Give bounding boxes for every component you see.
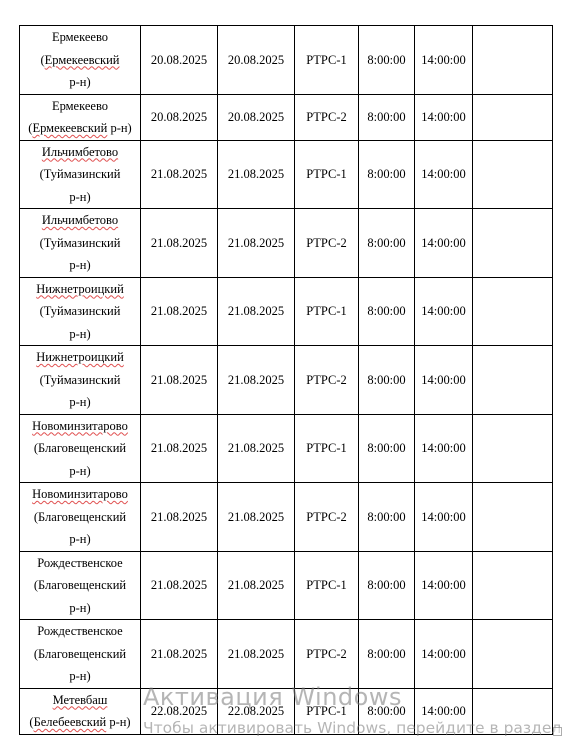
note-cell xyxy=(473,346,553,415)
time-start-cell: 8:00:00 xyxy=(359,26,415,95)
place-name: Новоминзитарово xyxy=(21,415,139,438)
end-date-cell: 21.08.2025 xyxy=(218,277,295,346)
start-date-cell: 21.08.2025 xyxy=(141,140,218,209)
start-date-cell: 21.08.2025 xyxy=(141,551,218,620)
place-name: Ильчимбетово xyxy=(21,209,139,232)
time-end-cell: 14:00:00 xyxy=(415,94,473,140)
time-end-cell: 14:00:00 xyxy=(415,688,473,734)
time-end-cell: 14:00:00 xyxy=(415,346,473,415)
district-name: (Ермекеевский р-н) xyxy=(21,117,139,140)
time-end-cell: 14:00:00 xyxy=(415,140,473,209)
note-cell xyxy=(473,140,553,209)
note-cell xyxy=(473,620,553,689)
district-suffix: р-н) xyxy=(21,460,139,483)
location-cell: Новоминзитарово(Благовещенскийр-н) xyxy=(20,483,141,552)
table-row: Новоминзитарово(Благовещенскийр-н)21.08.… xyxy=(20,414,553,483)
district-name: (Благовещенский xyxy=(21,574,139,597)
table-row: Ермекеево(Ермекеевский р-н)20.08.202520.… xyxy=(20,94,553,140)
table-row: Рождественское(Благовещенскийр-н)21.08.2… xyxy=(20,620,553,689)
time-end-cell: 14:00:00 xyxy=(415,483,473,552)
table-row: Новоминзитарово(Благовещенскийр-н)21.08.… xyxy=(20,483,553,552)
district-name: (Белебеевский р-н) xyxy=(21,711,139,734)
time-end-cell: 14:00:00 xyxy=(415,209,473,278)
start-date-cell: 20.08.2025 xyxy=(141,94,218,140)
note-cell xyxy=(473,483,553,552)
note-cell xyxy=(473,277,553,346)
page-corner-icon xyxy=(553,727,562,736)
district-suffix: р-н) xyxy=(21,254,139,277)
district-suffix: р-н) xyxy=(21,323,139,346)
time-start-cell: 8:00:00 xyxy=(359,688,415,734)
service-cell: РТРС-2 xyxy=(295,620,359,689)
end-date-cell: 21.08.2025 xyxy=(218,551,295,620)
start-date-cell: 22.08.2025 xyxy=(141,688,218,734)
location-cell: Нижнетроицкий(Туймазинскийр-н) xyxy=(20,277,141,346)
note-cell xyxy=(473,94,553,140)
time-start-cell: 8:00:00 xyxy=(359,277,415,346)
district-name: (Благовещенский xyxy=(21,506,139,529)
location-cell: Ермекеево(Ермекеевскийр-н) xyxy=(20,26,141,95)
location-cell: Ильчимбетово(Туймазинскийр-н) xyxy=(20,209,141,278)
location-cell: Нижнетроицкий(Туймазинскийр-н) xyxy=(20,346,141,415)
start-date-cell: 20.08.2025 xyxy=(141,26,218,95)
service-cell: РТРС-2 xyxy=(295,483,359,552)
end-date-cell: 21.08.2025 xyxy=(218,414,295,483)
start-date-cell: 21.08.2025 xyxy=(141,414,218,483)
time-start-cell: 8:00:00 xyxy=(359,551,415,620)
place-name: Новоминзитарово xyxy=(21,483,139,506)
place-name: Рождественское xyxy=(21,552,139,575)
district-suffix: р-н) xyxy=(21,186,139,209)
service-cell: РТРС-2 xyxy=(295,209,359,278)
service-cell: РТРС-1 xyxy=(295,551,359,620)
district-name: (Туймазинский xyxy=(21,300,139,323)
place-name: Нижнетроицкий xyxy=(21,278,139,301)
note-cell xyxy=(473,688,553,734)
district-name: (Туймазинский xyxy=(21,232,139,255)
district-suffix: р-н) xyxy=(21,391,139,414)
note-cell xyxy=(473,414,553,483)
time-end-cell: 14:00:00 xyxy=(415,620,473,689)
table-row: Рождественское(Благовещенскийр-н)21.08.2… xyxy=(20,551,553,620)
service-cell: РТРС-1 xyxy=(295,277,359,346)
district-name: (Благовещенский xyxy=(21,437,139,460)
note-cell xyxy=(473,26,553,95)
district-suffix: р-н) xyxy=(21,71,139,94)
end-date-cell: 21.08.2025 xyxy=(218,620,295,689)
start-date-cell: 21.08.2025 xyxy=(141,620,218,689)
service-cell: РТРС-2 xyxy=(295,346,359,415)
place-name: Рождественское xyxy=(21,620,139,643)
place-name: Нижнетроицкий xyxy=(21,346,139,369)
time-start-cell: 8:00:00 xyxy=(359,620,415,689)
district-name: (Туймазинский xyxy=(21,369,139,392)
district-suffix: р-н) xyxy=(21,597,139,620)
time-end-cell: 14:00:00 xyxy=(415,26,473,95)
location-cell: Новоминзитарово(Благовещенскийр-н) xyxy=(20,414,141,483)
table-row: Нижнетроицкий(Туймазинскийр-н)21.08.2025… xyxy=(20,277,553,346)
time-start-cell: 8:00:00 xyxy=(359,94,415,140)
time-end-cell: 14:00:00 xyxy=(415,277,473,346)
start-date-cell: 21.08.2025 xyxy=(141,346,218,415)
time-start-cell: 8:00:00 xyxy=(359,346,415,415)
time-start-cell: 8:00:00 xyxy=(359,483,415,552)
start-date-cell: 21.08.2025 xyxy=(141,209,218,278)
district-name: (Благовещенский xyxy=(21,643,139,666)
broadcast-schedule-table: Ермекеево(Ермекеевскийр-н)20.08.202520.0… xyxy=(19,25,553,735)
place-name: Ермекеево xyxy=(21,26,139,49)
start-date-cell: 21.08.2025 xyxy=(141,483,218,552)
location-cell: Рождественское(Благовещенскийр-н) xyxy=(20,620,141,689)
end-date-cell: 20.08.2025 xyxy=(218,94,295,140)
end-date-cell: 21.08.2025 xyxy=(218,140,295,209)
end-date-cell: 21.08.2025 xyxy=(218,346,295,415)
end-date-cell: 21.08.2025 xyxy=(218,209,295,278)
table-row: Ильчимбетово(Туймазинскийр-н)21.08.20252… xyxy=(20,209,553,278)
end-date-cell: 21.08.2025 xyxy=(218,483,295,552)
district-suffix: р-н) xyxy=(21,528,139,551)
time-start-cell: 8:00:00 xyxy=(359,140,415,209)
end-date-cell: 20.08.2025 xyxy=(218,26,295,95)
district-name: (Туймазинский xyxy=(21,163,139,186)
service-cell: РТРС-1 xyxy=(295,140,359,209)
location-cell: Рождественское(Благовещенскийр-н) xyxy=(20,551,141,620)
place-name: Метевбаш xyxy=(21,689,139,712)
location-cell: Ильчимбетово(Туймазинскийр-н) xyxy=(20,140,141,209)
service-cell: РТРС-2 xyxy=(295,94,359,140)
location-cell: Метевбаш(Белебеевский р-н) xyxy=(20,688,141,734)
time-start-cell: 8:00:00 xyxy=(359,209,415,278)
time-end-cell: 14:00:00 xyxy=(415,551,473,620)
table-row: Нижнетроицкий(Туймазинскийр-н)21.08.2025… xyxy=(20,346,553,415)
place-name: Ильчимбетово xyxy=(21,141,139,164)
document-page: Ермекеево(Ермекеевскийр-н)20.08.202520.0… xyxy=(0,0,568,747)
start-date-cell: 21.08.2025 xyxy=(141,277,218,346)
time-end-cell: 14:00:00 xyxy=(415,414,473,483)
place-name: Ермекеево xyxy=(21,95,139,118)
note-cell xyxy=(473,209,553,278)
table-row: Ермекеево(Ермекеевскийр-н)20.08.202520.0… xyxy=(20,26,553,95)
district-name: (Ермекеевский xyxy=(21,49,139,72)
service-cell: РТРС-1 xyxy=(295,26,359,95)
location-cell: Ермекеево(Ермекеевский р-н) xyxy=(20,94,141,140)
district-suffix: р-н) xyxy=(21,665,139,688)
end-date-cell: 22.08.2025 xyxy=(218,688,295,734)
note-cell xyxy=(473,551,553,620)
service-cell: РТРС-1 xyxy=(295,688,359,734)
table-row: Метевбаш(Белебеевский р-н)22.08.202522.0… xyxy=(20,688,553,734)
service-cell: РТРС-1 xyxy=(295,414,359,483)
time-start-cell: 8:00:00 xyxy=(359,414,415,483)
table-row: Ильчимбетово(Туймазинскийр-н)21.08.20252… xyxy=(20,140,553,209)
